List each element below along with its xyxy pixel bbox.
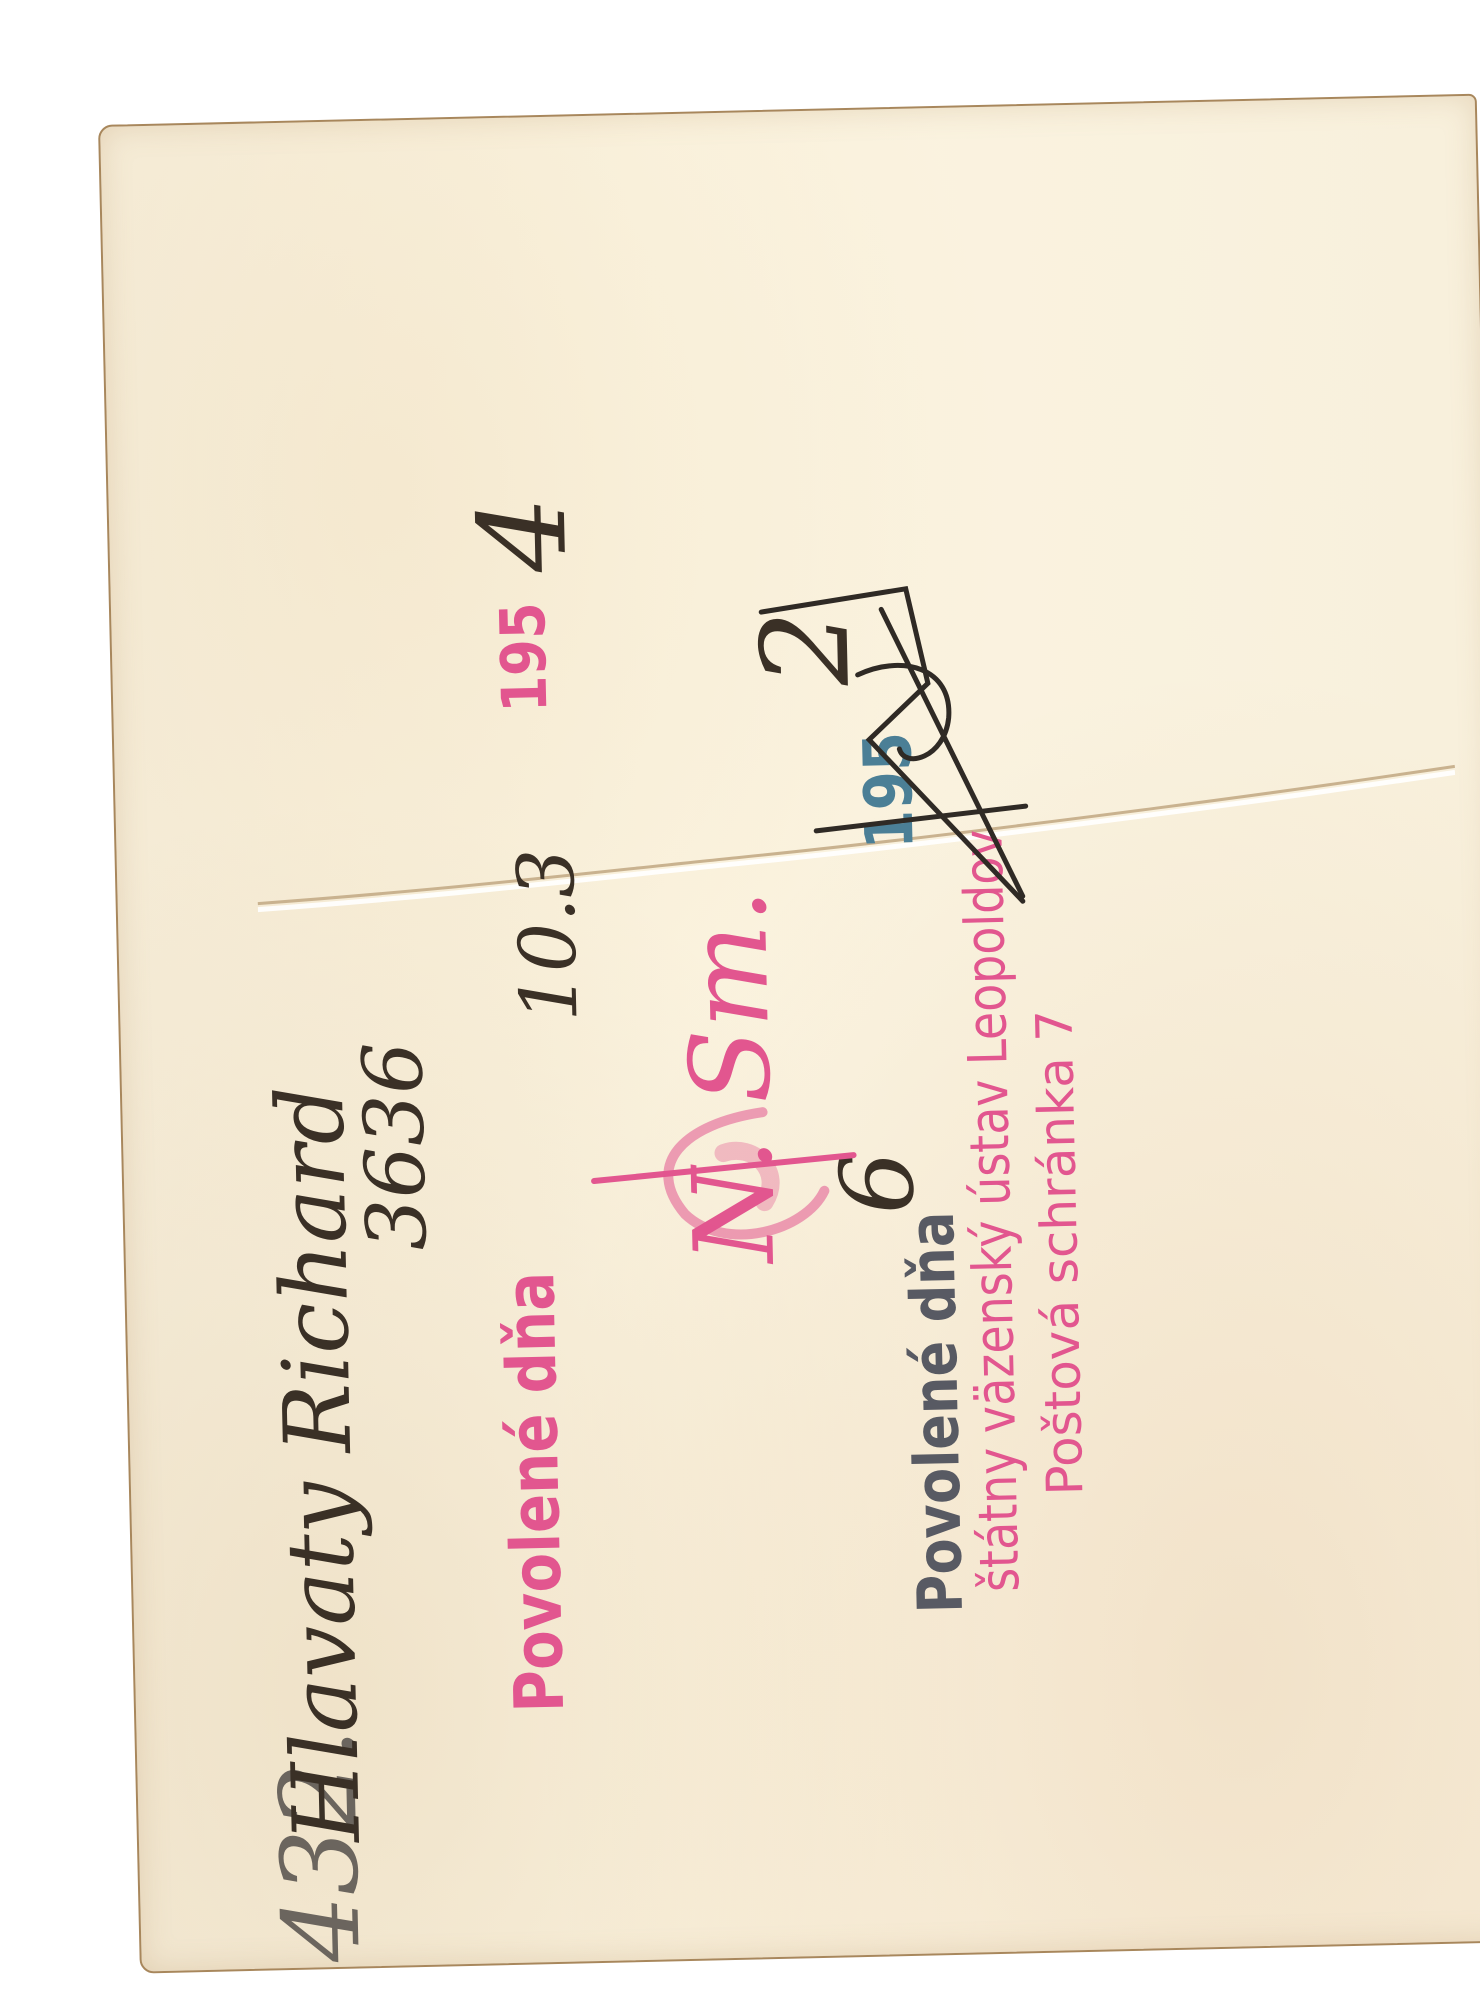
pink-signature-smear [593, 1110, 856, 1238]
signature-mark [761, 586, 1028, 907]
ink-strokes [100, 96, 1480, 1972]
photo-card-back: 432. Hlavaty Richard 3636 Povolené dňa 1… [98, 94, 1480, 1974]
